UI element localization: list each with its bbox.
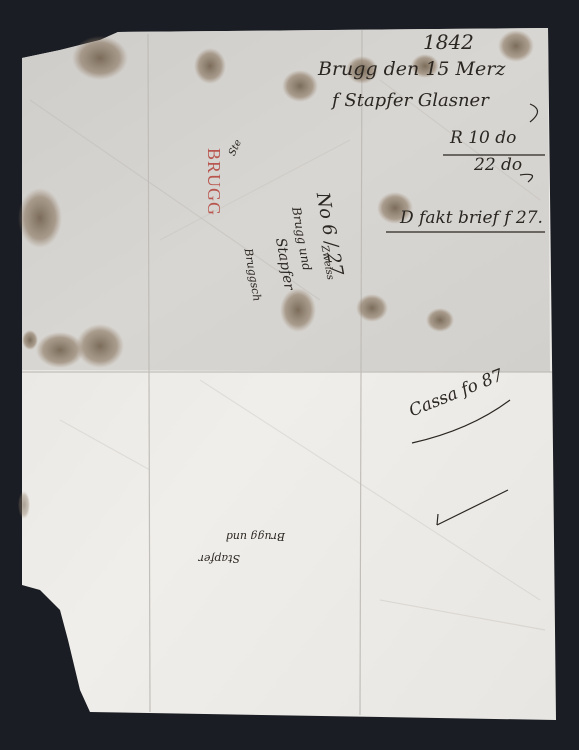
place-date-text: Brugg den 15 Merz [318,58,505,80]
amount-1-text: R 10 do [450,128,516,148]
lower-note-2: Stapfer [199,552,240,565]
lower-note-1: Brugg und [226,530,285,543]
year-text: 1842 [423,30,474,54]
total-text: D fakt brief f 27. [400,208,543,228]
photo-scene: 1842 Brugg den 15 Merz f Stapfer Glasner… [0,0,579,750]
amount-2-text: 22 do [474,155,522,175]
addressee-text: f Stapfer Glasner [332,90,489,111]
postmark-stamp: BRUGG [203,148,224,216]
